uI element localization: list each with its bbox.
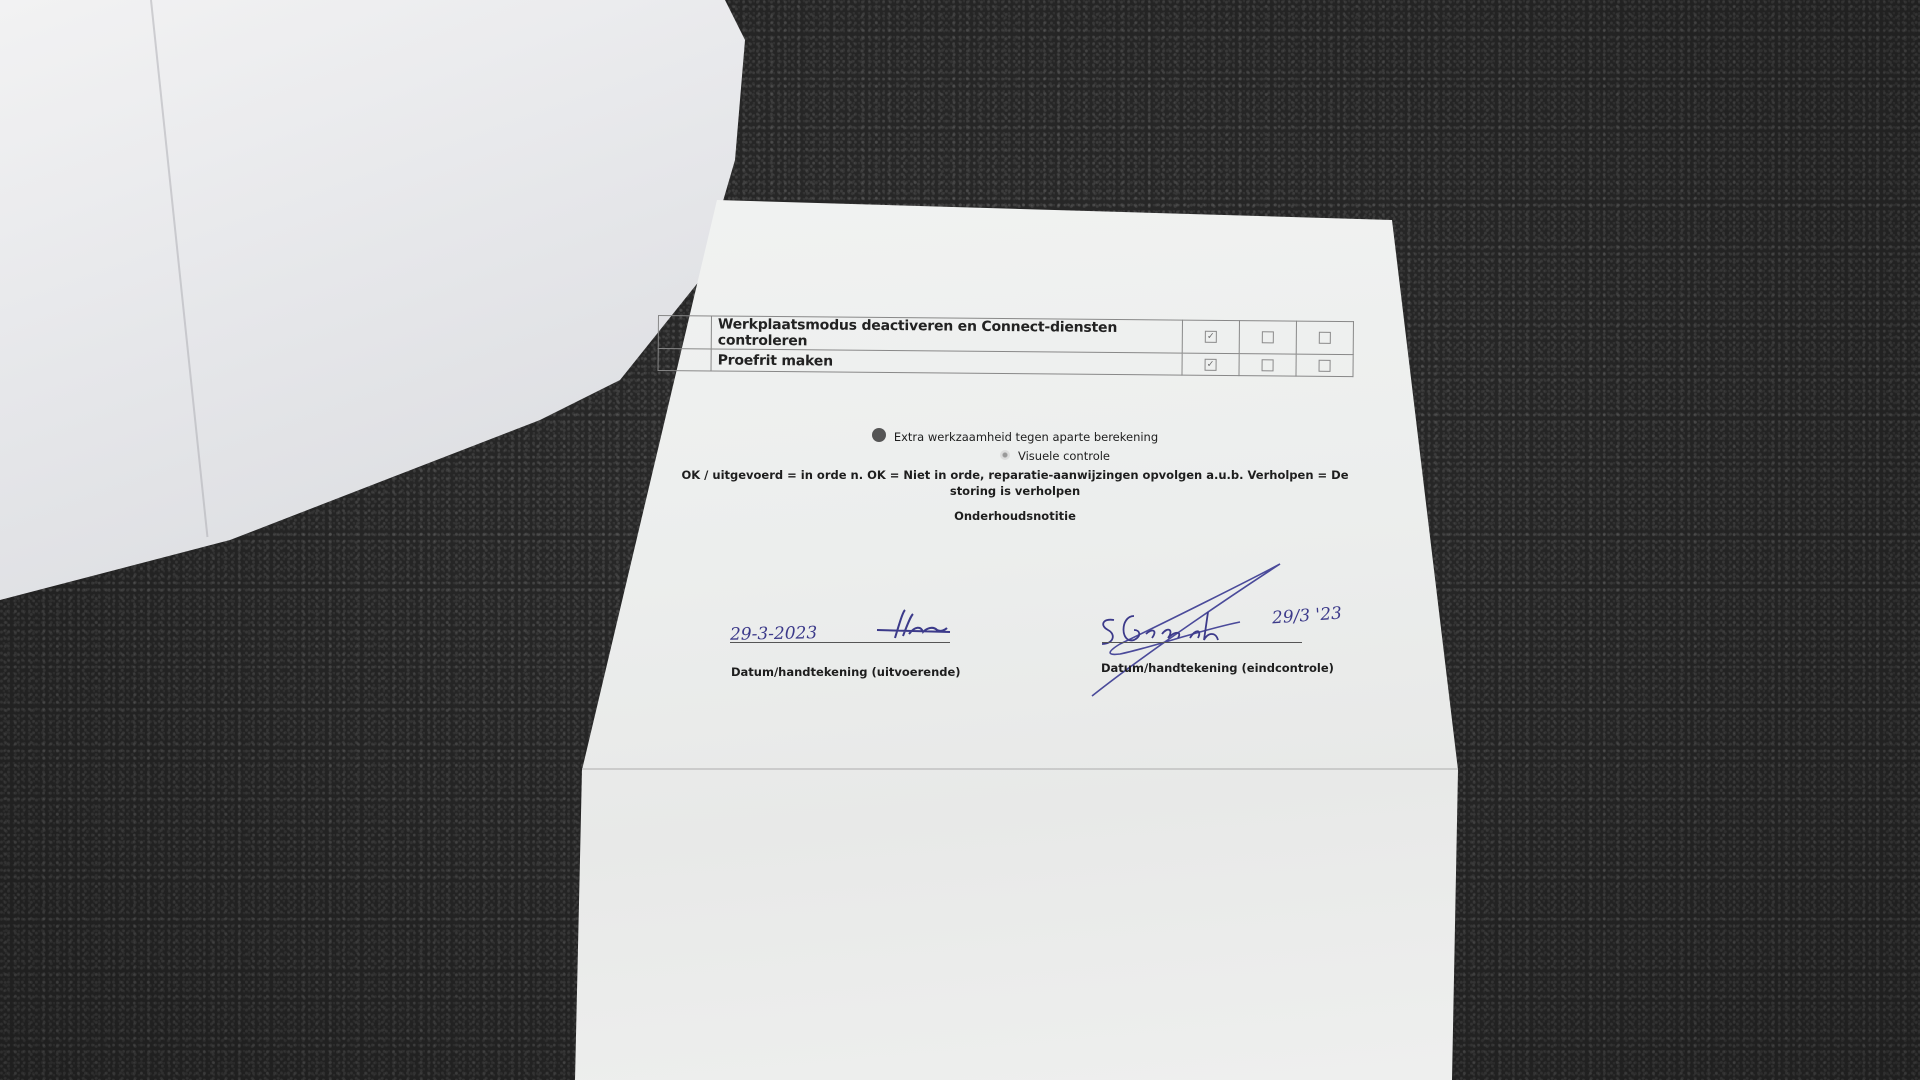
final-check-signature-label: Datum/handtekening (eindcontrole) — [1101, 661, 1334, 675]
not-ok-cell — [1239, 321, 1296, 354]
checkbox-empty-icon[interactable] — [1319, 332, 1331, 344]
checkbox-checked-icon[interactable]: ✓ — [1205, 331, 1217, 343]
checkbox-empty-icon[interactable] — [1319, 359, 1331, 371]
status-explanation: OK / uitgevoerd = in orde n. OK = Niet i… — [670, 467, 1360, 499]
task-label: Werkplaatsmodus deactiveren en Connect-d… — [711, 316, 1182, 353]
extra-work-dot-icon — [872, 428, 886, 442]
executor-signature-line — [730, 642, 950, 643]
sheet-fold-line — [582, 768, 1458, 770]
checkbox-checked-icon[interactable]: ✓ — [1205, 358, 1217, 370]
final-check-signature-line — [1102, 642, 1302, 643]
row-index-cell — [658, 349, 711, 371]
fixed-cell — [1296, 321, 1353, 354]
executor-signature-label: Datum/handtekening (uitvoerende) — [731, 665, 961, 679]
checklist-table: Werkplaatsmodus deactiveren en Connect-d… — [658, 315, 1354, 377]
paper-fold — [150, 0, 208, 537]
legend-visual-text: Visuele controle — [1018, 449, 1110, 463]
task-label: Proefrit maken — [711, 349, 1182, 375]
maintenance-note-heading: Onderhoudsnotitie — [670, 509, 1360, 523]
fixed-cell — [1296, 354, 1353, 376]
legend-visual-check: Visuele controle — [670, 449, 1400, 463]
ok-cell: ✓ — [1182, 320, 1239, 353]
table-row: Werkplaatsmodus deactiveren en Connect-d… — [658, 316, 1353, 355]
legend-extra-work: Extra werkzaamheid tegen aparte berekeni… — [670, 428, 1360, 444]
row-index-cell — [658, 316, 711, 349]
visual-check-dot-icon — [1000, 450, 1010, 460]
final-check-signature-scribble — [1090, 560, 1290, 700]
legend-extra-text: Extra werkzaamheid tegen aparte berekeni… — [894, 430, 1158, 444]
not-ok-cell — [1239, 354, 1296, 376]
ok-cell: ✓ — [1182, 353, 1239, 375]
checkbox-empty-icon[interactable] — [1262, 331, 1274, 343]
checkbox-empty-icon[interactable] — [1262, 359, 1274, 371]
